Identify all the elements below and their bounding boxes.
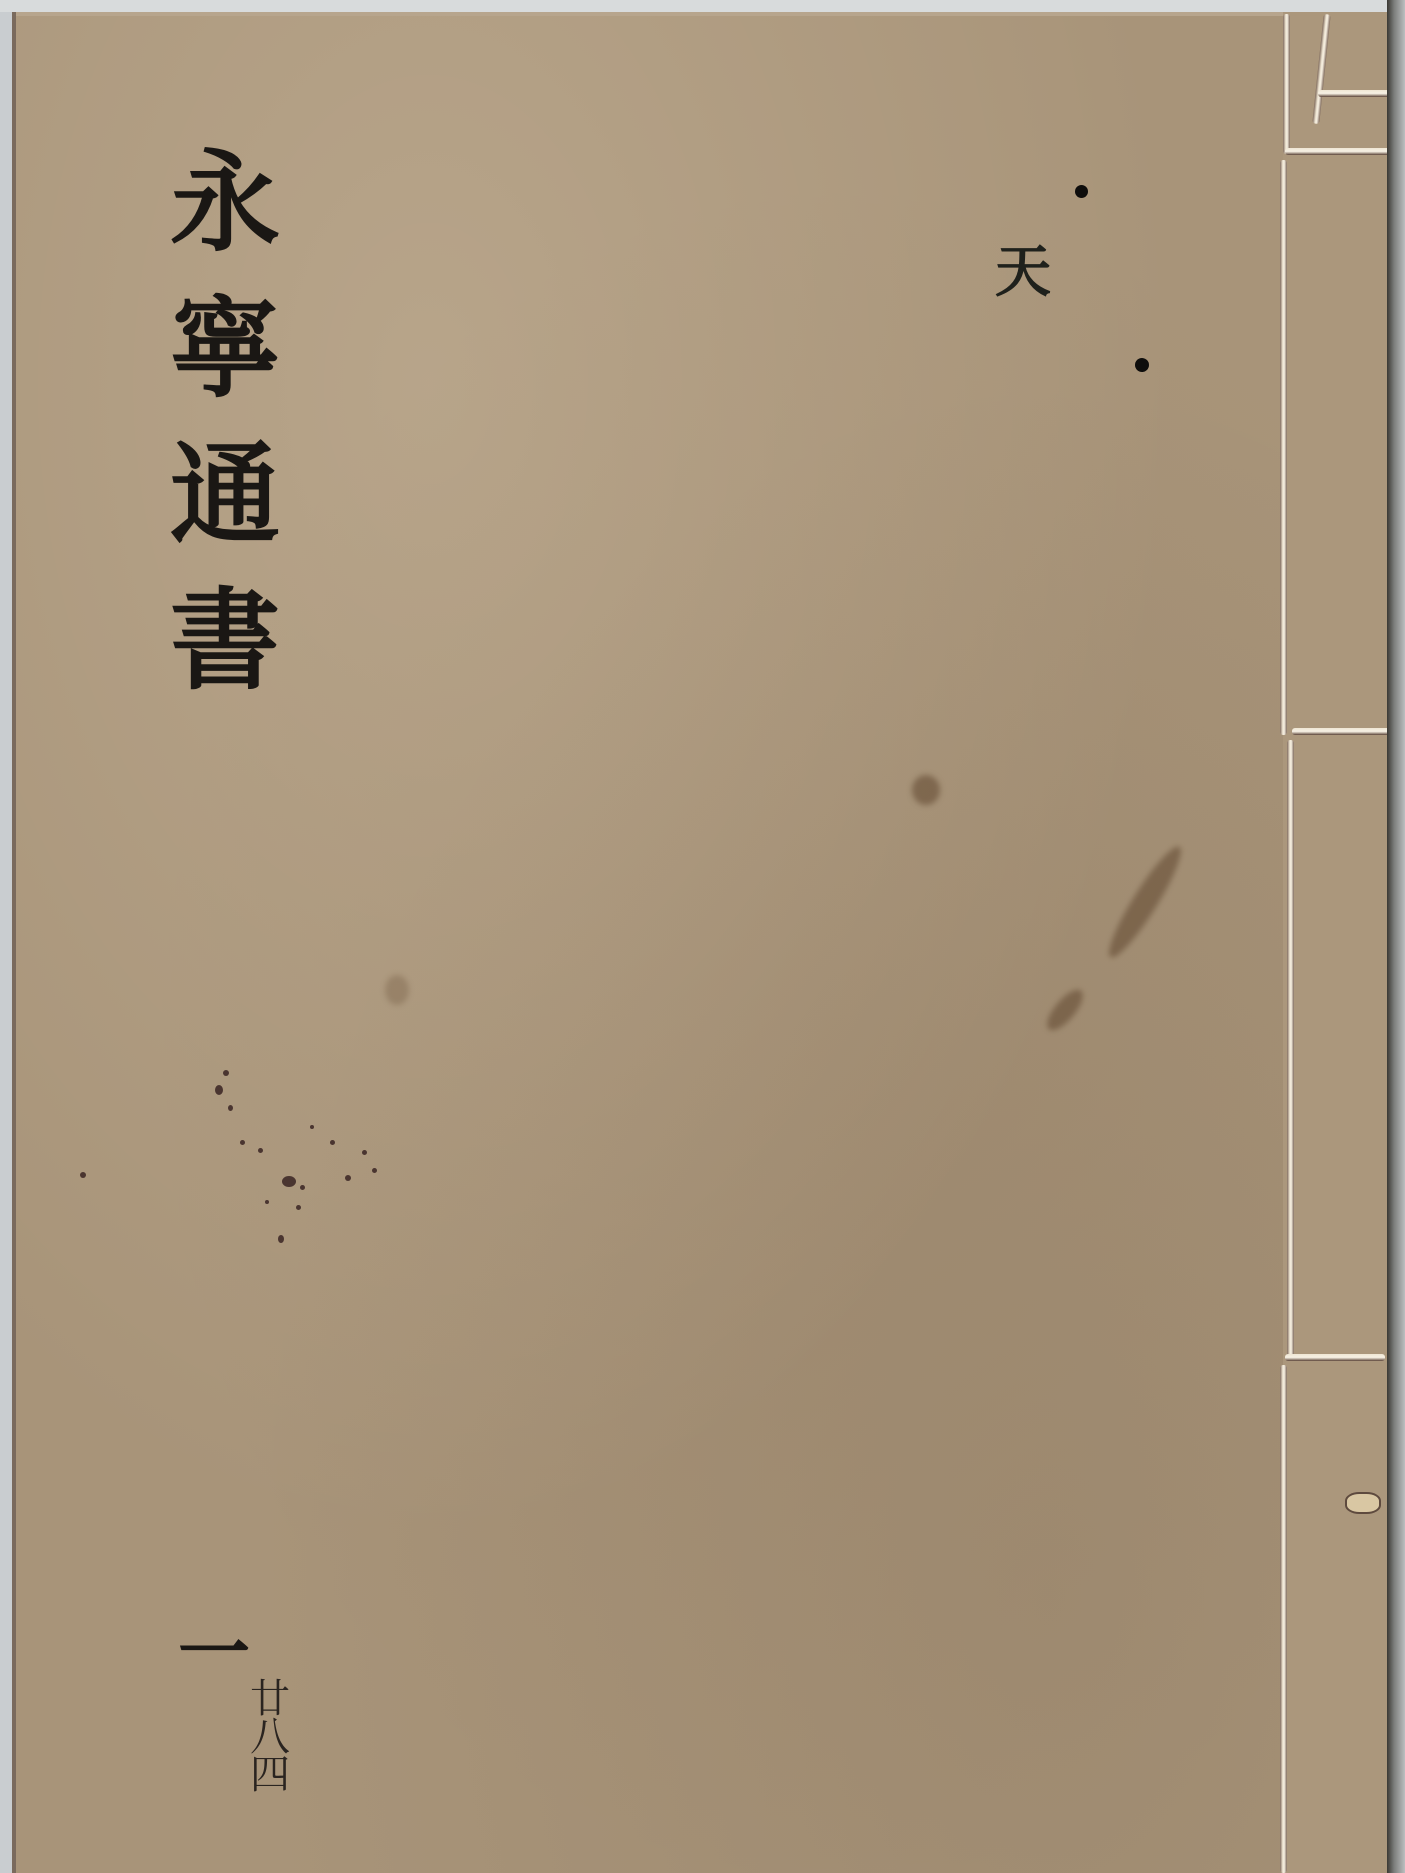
ink-speck: [80, 1172, 86, 1178]
ink-speck: [362, 1150, 367, 1155]
ink-speck: [265, 1200, 269, 1204]
binding-thread-horizontal-2: [1285, 148, 1393, 155]
binding-thread-horizontal-3: [1292, 728, 1392, 735]
ink-speck: [258, 1148, 263, 1153]
stain: [385, 975, 409, 1005]
title-char: 書: [170, 568, 280, 714]
ink-speck: [215, 1085, 223, 1095]
title-char: 通: [170, 422, 280, 568]
count-char: 廿: [250, 1680, 290, 1718]
ink-speck: [300, 1185, 305, 1190]
ink-dot: [1135, 358, 1149, 372]
ink-speck: [223, 1070, 229, 1076]
ink-speck: [228, 1105, 233, 1111]
scan-backdrop-top: [0, 0, 1405, 12]
book-cover-photo: 永 寧 通 書 天 一 廿 八 四: [0, 0, 1405, 1873]
binding-thread-vertical-mid: [1287, 740, 1294, 1360]
spine-fold: [1283, 12, 1387, 1873]
ink-speck: [296, 1205, 301, 1210]
title-char: 寧: [170, 276, 280, 422]
count-char: 四: [250, 1756, 290, 1794]
ink-speck: [282, 1176, 296, 1187]
binding-thread-horizontal-4: [1285, 1354, 1385, 1361]
book-title: 永 寧 通 書: [150, 130, 300, 714]
ink-speck: [310, 1125, 314, 1129]
binding-thread-vertical-main: [1280, 160, 1287, 735]
count-char: 八: [250, 1718, 290, 1756]
title-char: 永: [170, 130, 280, 276]
binding-thread-vertical-top: [1283, 14, 1290, 154]
scan-backdrop-right: [1387, 0, 1405, 1873]
volume-number: 一: [178, 1595, 250, 1699]
ink-speck: [372, 1168, 377, 1173]
stain: [912, 775, 940, 805]
cover-damage: [1345, 1492, 1381, 1514]
binding-thread-horizontal-1: [1318, 90, 1393, 97]
ink-speck: [330, 1140, 335, 1145]
volume-mark: 天: [995, 228, 1051, 308]
ink-dot: [1075, 185, 1088, 198]
binding-thread-vertical-bottom: [1280, 1365, 1287, 1873]
volume-count-note: 廿 八 四: [250, 1680, 290, 1794]
ink-speck: [240, 1140, 245, 1145]
ink-speck: [345, 1175, 351, 1181]
ink-speck: [278, 1235, 284, 1243]
